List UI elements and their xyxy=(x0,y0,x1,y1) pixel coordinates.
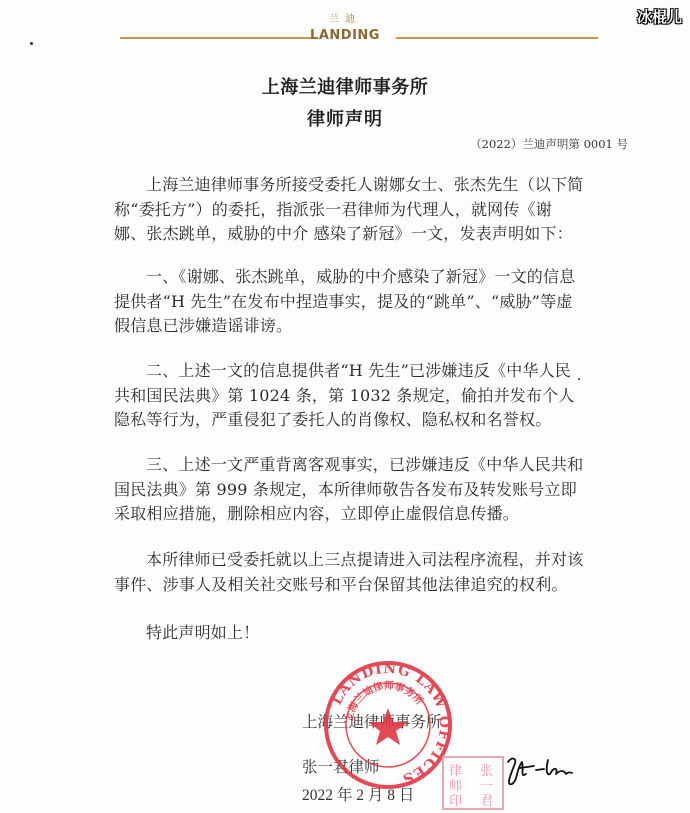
clause-3-paragraph: 三、上述一文严重背离客观事实，已涉嫌违反《中华人民共和国民法典》第 999 条规… xyxy=(114,453,584,527)
scan-speck xyxy=(578,378,580,380)
closing-paragraph: 特此声明如上！ xyxy=(114,621,584,646)
letterhead-en-logo: LANDING xyxy=(0,28,690,43)
letterhead-cn-logo: 兰迪 xyxy=(0,10,690,25)
letterhead-rule-right xyxy=(396,37,598,39)
intro-paragraph: 上海兰迪律师事务所接受委托人谢娜女士、张杰先生（以下简称“委托方”）的委托，指派… xyxy=(114,173,584,247)
document-title: 律师声明 xyxy=(0,105,690,131)
firm-seal-stamp-icon: LANDING LAW OFFICES 上海兰迪律师事务所 xyxy=(323,660,453,790)
scan-speck xyxy=(30,42,33,45)
clause-2-paragraph: 二、上述一文的信息提供者“H 先生”已涉嫌违反《中华人民共和国民法典》第 102… xyxy=(114,359,584,433)
legal-statement-document: 冰棍儿 兰迪 LANDING 上海兰迪律师事务所 律师声明 （2022）兰迪声明… xyxy=(0,0,690,813)
firm-title: 上海兰迪律师事务所 xyxy=(0,73,690,99)
letterhead: 兰迪 LANDING xyxy=(0,10,690,46)
clause-1-paragraph: 一、《谢娜、张杰跳单，威胁的中介感染了新冠》一文的信息提供者“H 先生”在发布中… xyxy=(114,265,584,339)
document-number: （2022）兰迪声明第 0001 号 xyxy=(470,136,628,152)
handwritten-signature-icon xyxy=(500,752,580,792)
reservation-paragraph: 本所律师已受委托就以上三点提请进入司法程序流程，并对该事件、涉事人及相关社交账号… xyxy=(114,548,584,597)
personal-seal-stamp-icon: 律 师 印 张 一 君 xyxy=(442,756,504,810)
